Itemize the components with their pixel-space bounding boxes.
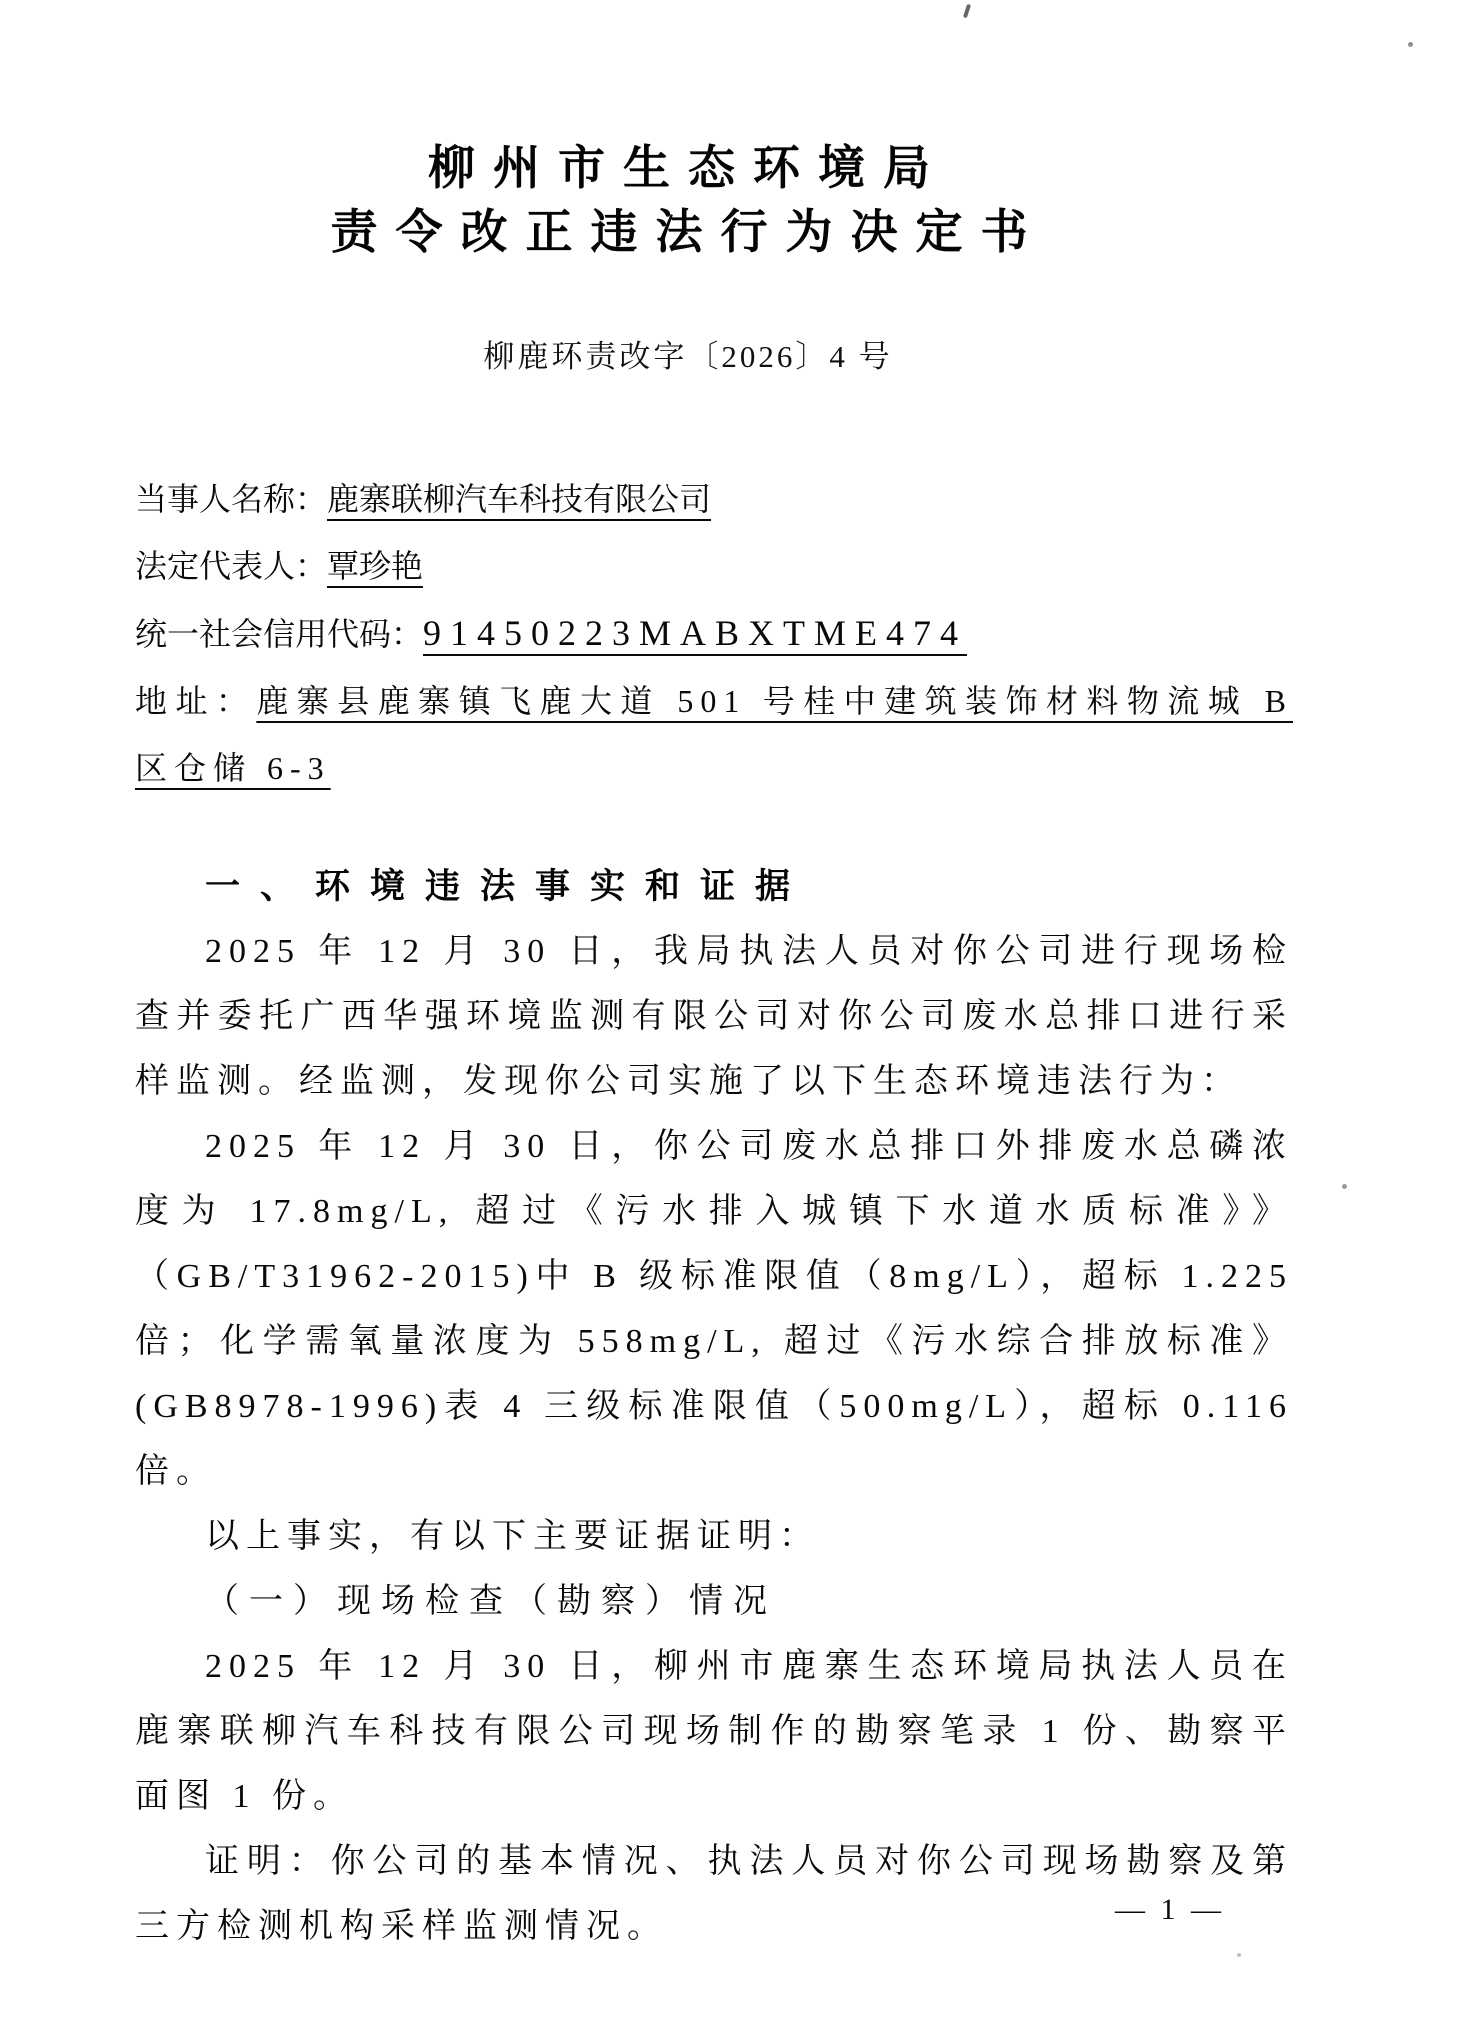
party-info-section: 当事人名称：鹿寨联柳汽车科技有限公司 法定代表人：覃珍艳 统一社会信用代码：91… — [135, 466, 1293, 802]
address-value: 鹿寨县鹿寨镇飞鹿大道 501 号桂中建筑装饰材料物流城 B 区仓储 6-3 — [135, 683, 1293, 786]
address-line: 地址：鹿寨县鹿寨镇飞鹿大道 501 号桂中建筑装饰材料物流城 B 区仓储 6-3 — [135, 668, 1293, 802]
legal-representative-value: 覃珍艳 — [327, 548, 423, 584]
address-label: 地址： — [135, 683, 256, 719]
legal-representative-line: 法定代表人：覃珍艳 — [135, 533, 1293, 600]
document-title: 柳州市生态环境局 责令改正违法行为决定书 — [109, 136, 1267, 264]
document-header: 柳州市生态环境局 责令改正违法行为决定书 柳鹿环责改字〔2026〕4 号 — [135, 136, 1293, 380]
legal-representative-label: 法定代表人： — [135, 548, 327, 584]
scan-speck — [1342, 1184, 1347, 1189]
paragraph-inspection-intro: 2025 年 12 月 30 日，我局执法人员对你公司进行现场检查并委托广西华强… — [135, 919, 1293, 1114]
paragraph-evidence-intro: 以上事实，有以下主要证据证明： — [135, 1504, 1293, 1569]
paragraph-violation-details: 2025 年 12 月 30 日，你公司废水总排口外排废水总磷浓度为 17.8m… — [135, 1114, 1293, 1504]
credit-code-line: 统一社会信用代码：91450223MABXTME474 — [135, 600, 1293, 668]
title-line-2: 责令改正违法行为决定书 — [109, 200, 1267, 264]
scan-speck — [1408, 42, 1413, 47]
party-name-label: 当事人名称： — [135, 481, 327, 517]
document-number: 柳鹿环责改字〔2026〕4 号 — [109, 334, 1267, 380]
section-1-heading: 一、环境违法事实和证据 — [135, 854, 1293, 919]
scan-speck — [963, 4, 971, 19]
page-number: — 1 — — [1115, 1893, 1225, 1927]
credit-code-value: 91450223MABXTME474 — [423, 613, 967, 653]
subsection-1-heading: （一）现场检查（勘察）情况 — [135, 1569, 1293, 1634]
document-content: 柳州市生态环境局 责令改正违法行为决定书 柳鹿环责改字〔2026〕4 号 当事人… — [135, 136, 1293, 1959]
party-name-line: 当事人名称：鹿寨联柳汽车科技有限公司 — [135, 466, 1293, 533]
scan-speck — [1237, 1953, 1241, 1957]
title-line-1: 柳州市生态环境局 — [109, 136, 1267, 200]
credit-code-label: 统一社会信用代码： — [135, 616, 423, 652]
scanned-document-page: 柳州市生态环境局 责令改正违法行为决定书 柳鹿环责改字〔2026〕4 号 当事人… — [0, 0, 1479, 2044]
party-name-value: 鹿寨联柳汽车科技有限公司 — [327, 481, 711, 517]
document-body: 一、环境违法事实和证据 2025 年 12 月 30 日，我局执法人员对你公司进… — [135, 854, 1293, 1959]
paragraph-inspection-record: 2025 年 12 月 30 日，柳州市鹿寨生态环境局执法人员在鹿寨联柳汽车科技… — [135, 1634, 1293, 1829]
